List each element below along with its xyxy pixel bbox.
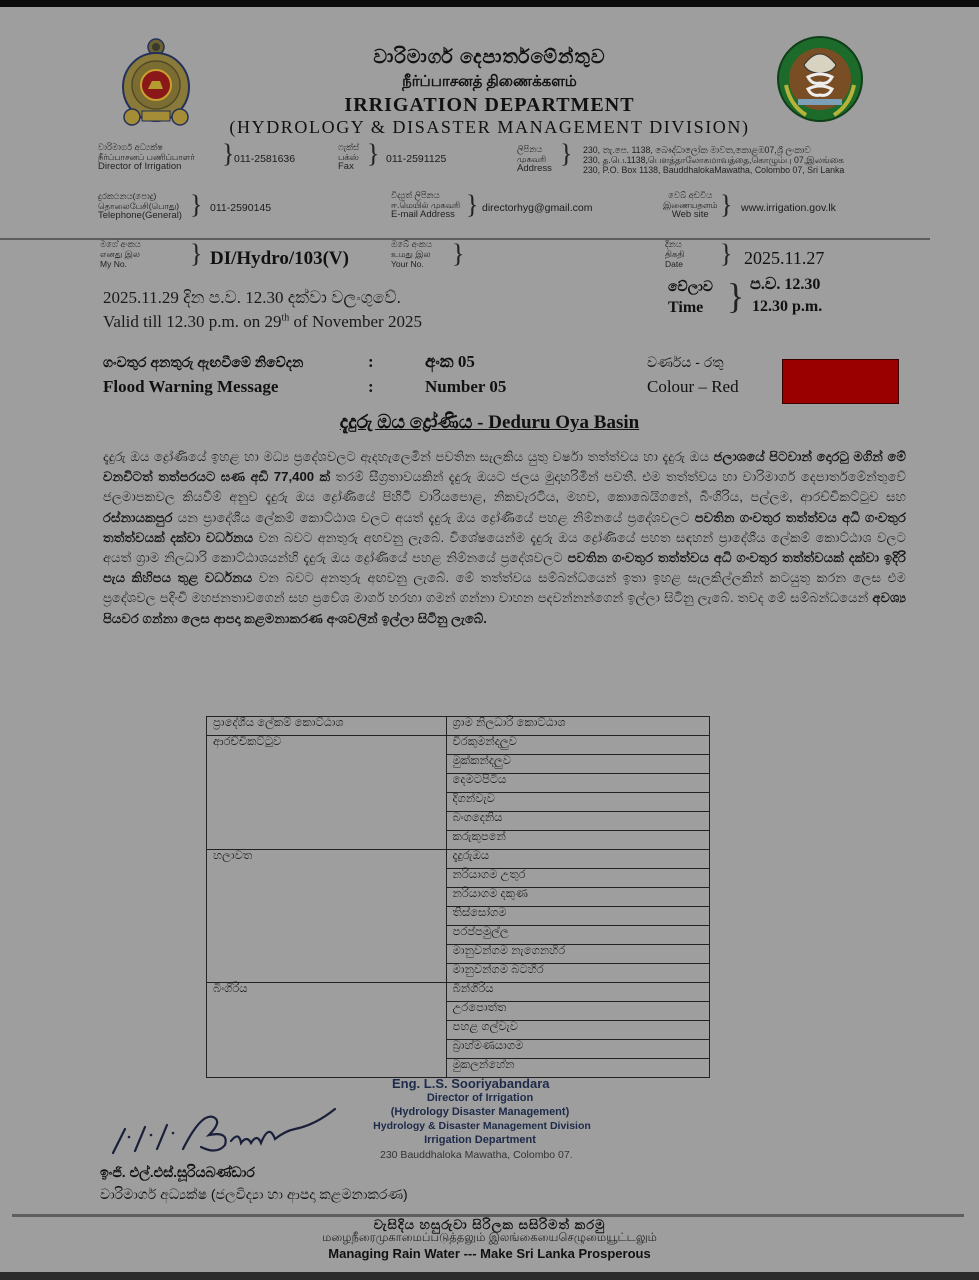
validity-prefix: Valid till 12.30 p.m. on 29 — [103, 312, 282, 331]
gn-division-cell: පහළ ගල්වැව — [446, 1021, 709, 1040]
your-no-label-en: Your No. — [391, 259, 432, 269]
gn-division-cell: මානුවන්ගම බටහිර — [446, 964, 709, 983]
gn-division-cell: මානුවන්ගම නැගෙනහිර — [446, 945, 709, 964]
table-header-gn: ග්‍රාම නිලධාරි කොට්ඨාශ — [446, 717, 709, 736]
signatory-name-si: ඉංජි. එල්.එස්.සූරියබණ්ඩාර — [100, 1164, 255, 1181]
ds-division-cell: බිංගිරිය — [207, 983, 447, 1078]
address-line-ta: 230, த.பெ.1138,பௌத்தாலோகமாவத்தை,கொழும்பு… — [583, 155, 844, 165]
date-label-ta: திகதி — [665, 249, 684, 259]
brace: } — [190, 241, 202, 267]
email-label: විද්‍යුත් ලිපිනය ஈ.மெயில் முகவரி E-mail … — [391, 190, 460, 220]
email-label-en: E-mail Address — [391, 210, 460, 220]
gn-division-cell: දිගන්වැව — [446, 793, 709, 812]
warning-number-si: අංක 05 — [425, 352, 475, 372]
warning-colour-swatch — [782, 359, 899, 404]
date-label-en: Date — [665, 259, 684, 269]
warning-title-en: Flood Warning Message — [103, 377, 278, 397]
validity-sinhala: 2025.11.29 දින ප.ව. 12.30 දක්වා වලංගුවේ. — [103, 288, 401, 308]
document-date: 2025.11.27 — [744, 248, 824, 269]
my-no-label-ta: எனது இல — [100, 249, 141, 259]
warning-title-si: ගංවතුර අනතුරු ඇඟවීමේ නිවේදන — [103, 354, 303, 371]
address-lines: 230, තැ.පෙ. 1138, බෞද්ධාලෝක මාවත,කොළඹ07,… — [583, 145, 844, 175]
brace: } — [466, 192, 478, 218]
brace: } — [222, 141, 234, 167]
top-border — [0, 0, 979, 7]
colon: : — [368, 377, 374, 397]
table-row: බිංගිරියබින්ගිරිය — [207, 983, 710, 1002]
stamp-name: Eng. L.S. Sooriyabandara — [392, 1076, 549, 1091]
my-no-label-si: මගේ අංකය — [100, 239, 141, 249]
website-label-en: Web site — [663, 210, 717, 220]
stamp-address: 230 Bauddhaloka Mawatha, Colombo 07. — [380, 1149, 573, 1161]
director-label-si: වාරිමාර්ග අධ්‍යක්ෂ — [98, 142, 195, 152]
my-no-label-en: My No. — [100, 259, 141, 269]
address-label: ලිපිනය முகவரி Address — [517, 144, 552, 174]
gn-division-cell: දෙමටපිටිය — [446, 774, 709, 793]
address-label-en: Address — [517, 164, 552, 174]
email-label-si: විද්‍යුත් ලිපිනය — [391, 190, 460, 200]
director-label: වාරිමාර්ග අධ්‍යක්ෂ நீர்ப்பாசனப் பணிப்பாள… — [98, 142, 195, 172]
warning-colour-si: වර්ණය - රතු — [647, 354, 724, 371]
table-header-ds: ප්‍රාදේශීය ලේකම් කොට්ඨාශ — [207, 717, 447, 736]
motto-tamil: மழைநீரைமுகாமைப்படுத்தலும் இலங்கையைசெழுமை… — [0, 1232, 979, 1246]
signature-icon — [105, 1105, 365, 1157]
gn-division-cell: මුක්කන්දලුව — [446, 755, 709, 774]
body-text-bold: රස්නායකපුර — [103, 510, 173, 525]
colon: : — [368, 352, 374, 372]
address-line-en: 230, P.O. Box 1138, BauddhalokaMawatha, … — [583, 165, 844, 175]
validity-english: Valid till 12.30 p.m. on 29th of Novembe… — [103, 312, 422, 332]
time-value-en: 12.30 p.m. — [752, 298, 822, 316]
website-label-si: වෙබ් අඩවිය — [663, 190, 717, 200]
gn-division-cell: විරකුමන්දලුව — [446, 736, 709, 755]
telephone-label-si: දුරකථනය(පොදු) — [98, 191, 182, 201]
your-no-label: ඔබේ අංකය உமது இல Your No. — [391, 239, 432, 269]
my-reference-number: DI/Hydro/103(V) — [210, 248, 349, 270]
table-header-row: ප්‍රාදේශීය ලේකම් කොට්ඨාශ ග්‍රාම නිලධාරි … — [207, 717, 710, 736]
brace: } — [720, 241, 732, 267]
gn-division-cell: බින්ගිරිය — [446, 983, 709, 1002]
department-title-sinhala: වාරිමාර්ග දෙපාර්තමේන්තුව — [0, 47, 979, 69]
address-label-si: ලිපිනය — [517, 144, 552, 154]
stamp-department: Irrigation Department — [370, 1134, 590, 1146]
brace: } — [190, 192, 202, 218]
division-title: (HYDROLOGY & DISASTER MANAGEMENT DIVISIO… — [0, 117, 979, 138]
bottom-border — [0, 1272, 979, 1280]
date-label-si: දිනය — [665, 239, 684, 249]
time-label-en: Time — [668, 299, 703, 317]
brace: } — [367, 141, 379, 167]
gn-division-cell: පරප්පමුල්ල — [446, 926, 709, 945]
brace: } — [727, 278, 744, 314]
director-phone: 011-2581636 — [234, 153, 295, 165]
telephone-label: දුරකථනය(පොදු) தொலைபேசி(பொது) Telephone(G… — [98, 191, 182, 221]
body-text: යන ප්‍රාදේශීය ලේකම් කොට්ඨාශ වලට අයත් දැද… — [173, 510, 695, 525]
address-line-si: 230, තැ.පෙ. 1138, බෞද්ධාලෝක මාවත,කොළඹ07,… — [583, 145, 844, 155]
brace: } — [720, 192, 732, 218]
table-row: ආරච්චිකට්ටුවවිරකුමන්දලුව — [207, 736, 710, 755]
time-value-si: ප.ව. 12.30 — [750, 276, 820, 294]
fax-label-en: Fax — [338, 162, 359, 172]
stamp-sub: (Hydrology Disaster Management) — [370, 1106, 590, 1118]
affected-divisions-table: ප්‍රාදේශීය ලේකම් කොට්ඨාශ ග්‍රාම නිලධාරි … — [206, 716, 710, 1078]
your-no-label-si: ඔබේ අංකය — [391, 239, 432, 249]
warning-body-paragraph: දැදුරු ඔය ද්‍රෝණියේ ඉහළ හා මධ්‍ය ප්‍රදේශ… — [103, 447, 906, 629]
table-row: හලාවතදැදුරුඔය — [207, 850, 710, 869]
gn-division-cell: නරියාගම උතුර — [446, 869, 709, 888]
stamp-title: Director of Irrigation — [370, 1092, 590, 1104]
department-title-tamil: நீர்ப்பாசனத் திணைக்களம் — [0, 73, 979, 92]
website-label: වෙබ් අඩවිය இணையதளம் Web site — [663, 190, 717, 220]
ds-division-cell: ආරච්චිකට්ටුව — [207, 736, 447, 850]
basin-title: දැදුරු ඔය ද්‍රෝණිය - Deduru Oya Basin — [0, 412, 979, 434]
date-label: දිනය திகதி Date — [665, 239, 684, 269]
gn-division-cell: තිස්සෝගම — [446, 907, 709, 926]
stamp-division: Hydrology & Disaster Management Division — [372, 1120, 592, 1132]
gn-division-cell: බංගදෙනිය — [446, 812, 709, 831]
email-address[interactable]: directorhyg@gmail.com — [482, 202, 592, 214]
signatory-title-si: වාරිමාර්ග අධ්‍යක්ෂ (ජලවිද්‍යා හා ආපදා කළ… — [100, 1186, 408, 1203]
fax-label-si: ෆැක්ස් — [338, 142, 359, 152]
fax-number: 011-2591125 — [386, 153, 446, 165]
flood-warning-document: වාරිමාර්ග දෙපාර්තමේන්තුව நீர்ப்பாசனத் தி… — [0, 7, 979, 1272]
my-no-label: මගේ අංකය எனது இல My No. — [100, 239, 141, 269]
motto-sinhala: වැසිදිය හසුරුවා සිරිලක සසිරිමත් කරමු — [0, 1217, 979, 1233]
department-title-english: IRRIGATION DEPARTMENT — [0, 94, 979, 117]
telephone-number: 011-2590145 — [210, 202, 271, 214]
gn-division-cell: උරපොත්ත — [446, 1002, 709, 1021]
gn-division-cell: කරුකුපනේ — [446, 831, 709, 850]
telephone-label-en: Telephone(General) — [98, 211, 182, 221]
director-label-en: Director of Irrigation — [98, 162, 195, 172]
website-url[interactable]: www.irrigation.gov.lk — [741, 202, 836, 214]
validity-suffix: of November 2025 — [289, 312, 422, 331]
time-label-si: වේලාව — [668, 278, 713, 295]
warning-colour-en: Colour – Red — [647, 377, 739, 397]
body-text: දැදුරු ඔය ද්‍රෝණියේ ඉහළ හා මධ්‍ය ප්‍රදේශ… — [103, 449, 709, 464]
ds-division-cell: හලාවත — [207, 850, 447, 983]
gn-division-cell: බ්‍රාහ්මණයාගම — [446, 1040, 709, 1059]
your-no-label-ta: உமது இல — [391, 249, 432, 259]
gn-division-cell: නරියාගම දකුණ — [446, 888, 709, 907]
brace: } — [452, 241, 464, 267]
motto-english: Managing Rain Water --- Make Sri Lanka P… — [0, 1246, 979, 1261]
brace: } — [560, 141, 572, 167]
fax-label: ෆැක්ස් பக்ஸ் Fax — [338, 142, 359, 172]
gn-division-cell: මුකලන්හේන — [446, 1059, 709, 1078]
gn-division-cell: දැදුරුඔය — [446, 850, 709, 869]
warning-number-en: Number 05 — [425, 377, 506, 397]
